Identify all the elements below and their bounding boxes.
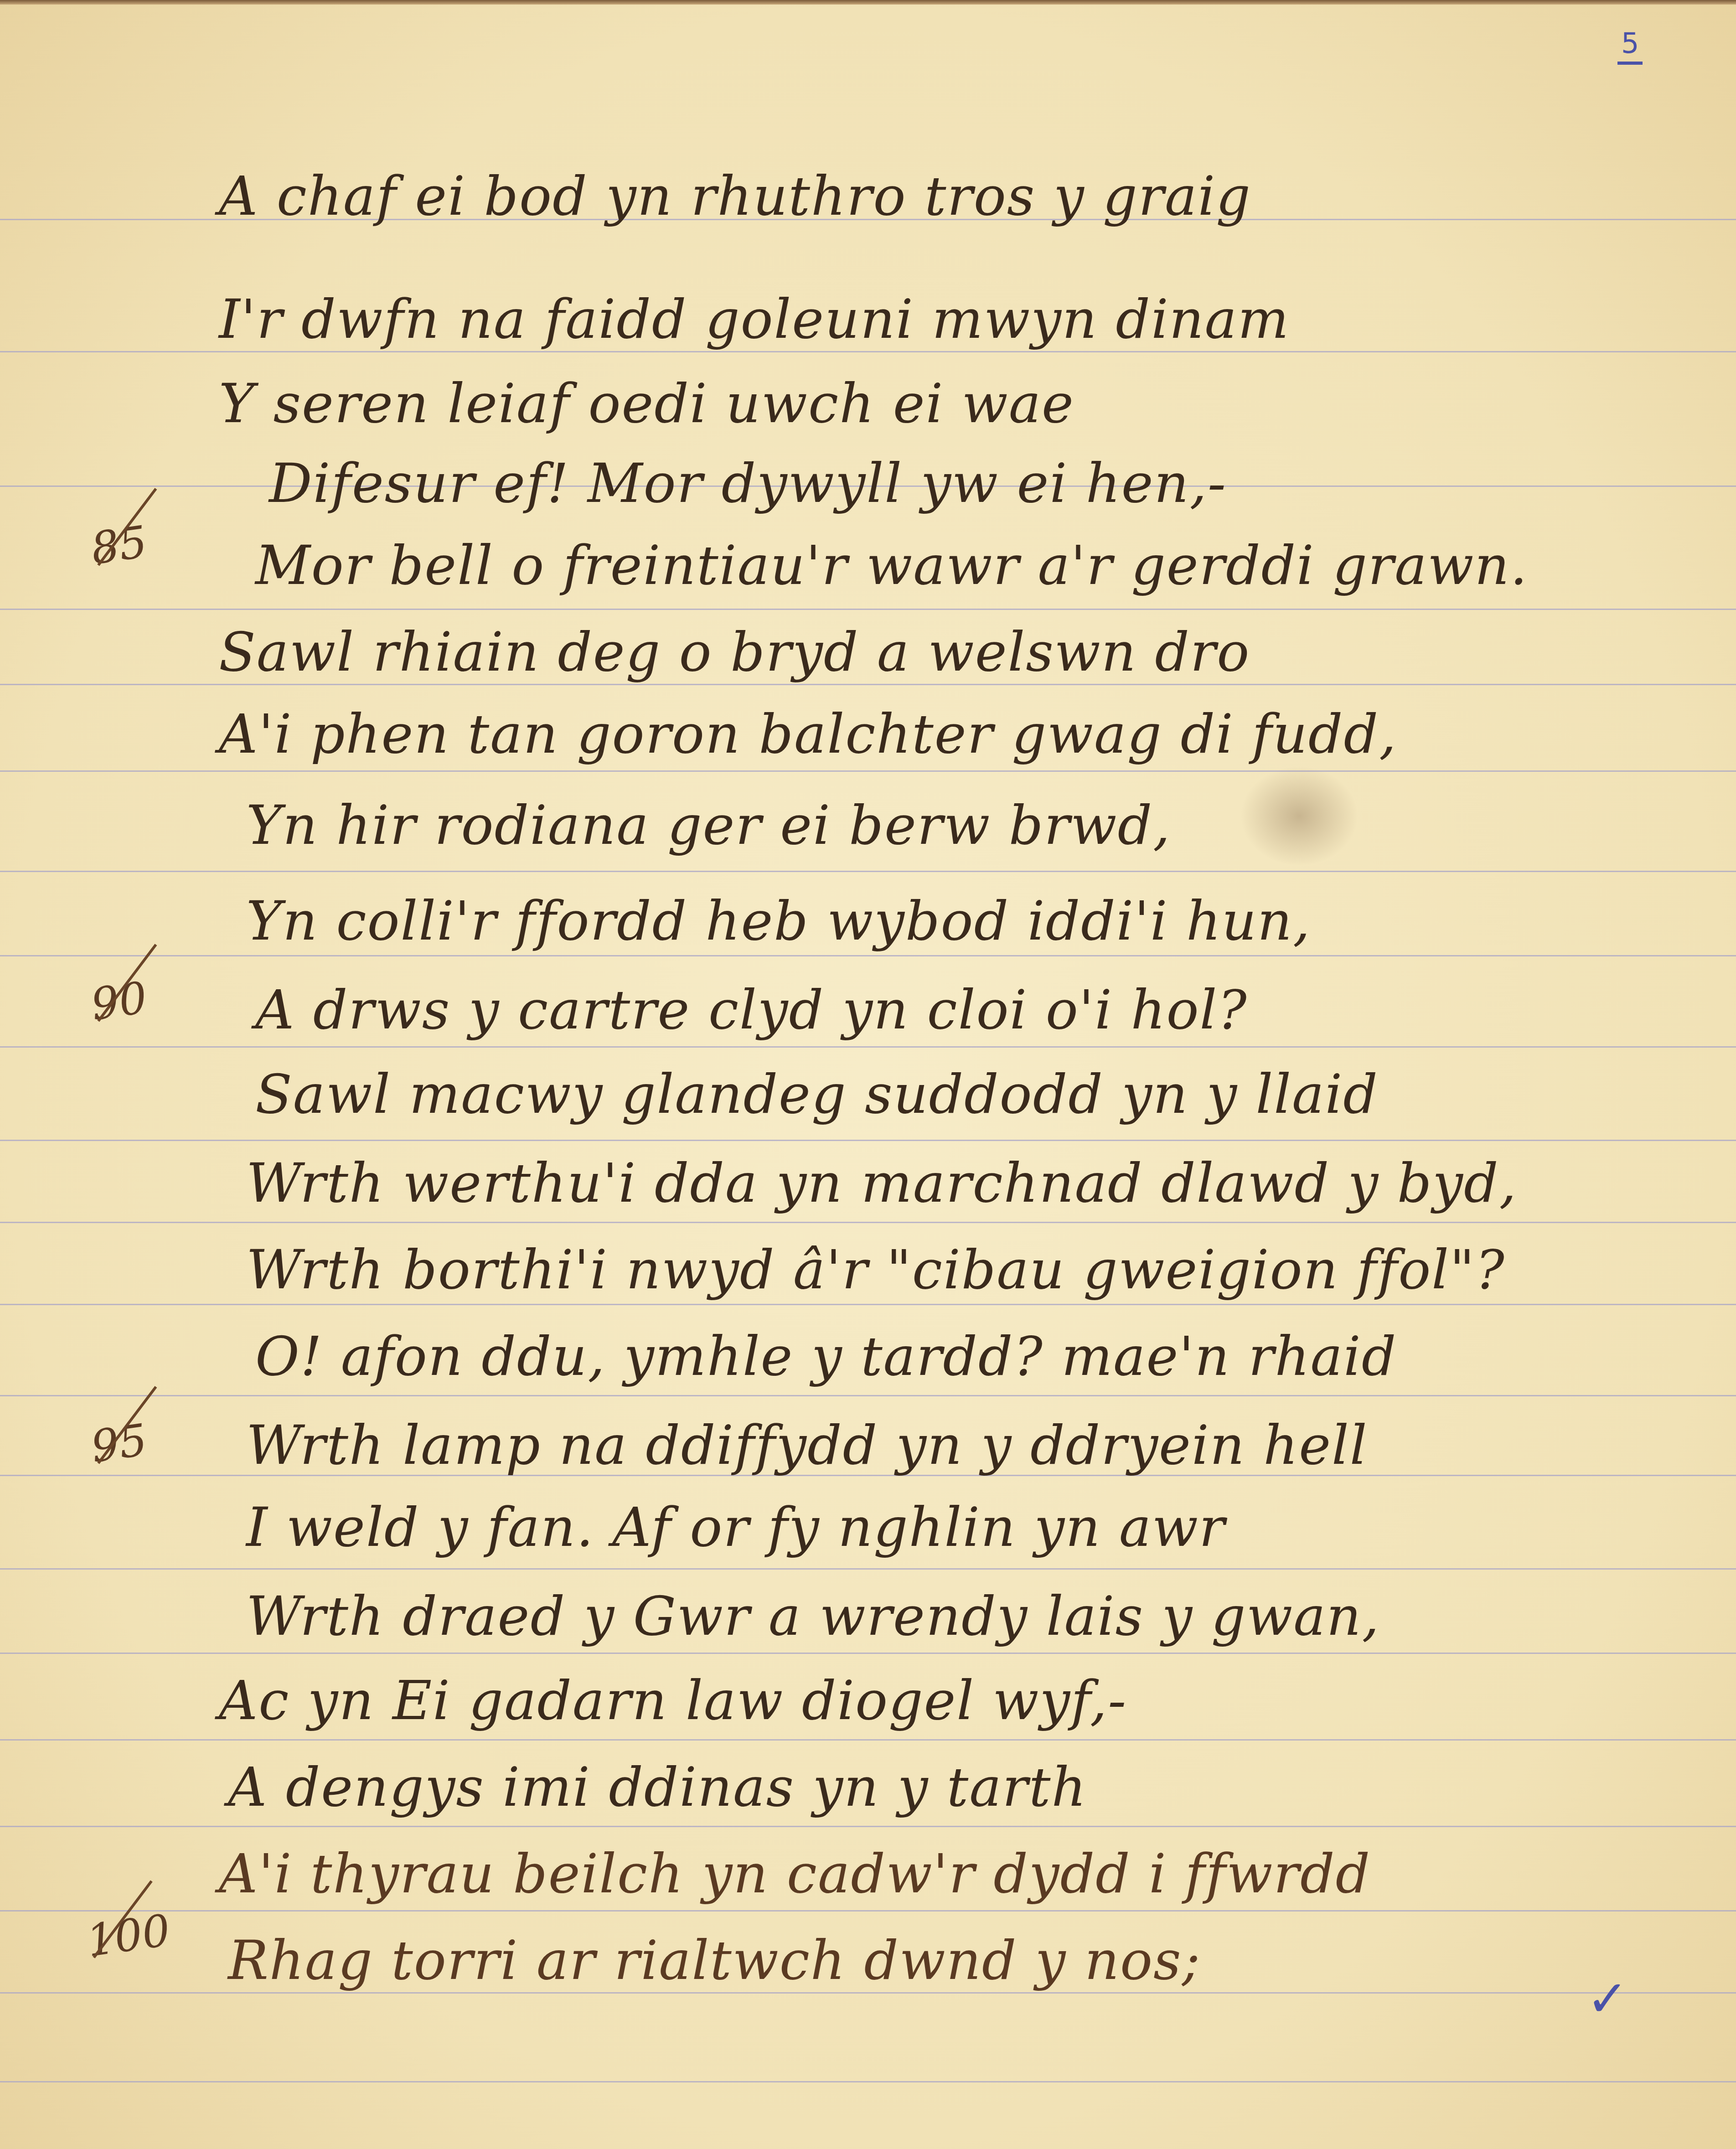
ink-stain <box>1240 766 1359 866</box>
verse-line: A chaf ei bod yn rhuthro tros y graig <box>219 164 1251 228</box>
verse-line: I weld y fan. Af or fy nghlin yn awr <box>246 1495 1226 1559</box>
ruled-line <box>0 1222 1736 1223</box>
verse-line: Wrth lamp na ddiffydd yn y ddryein hell <box>246 1413 1368 1477</box>
ruled-line <box>0 1910 1736 1911</box>
verse-line: A dengys imi ddinas yn y tarth <box>228 1755 1087 1819</box>
margin-line-number: 95 <box>88 1414 150 1472</box>
ruled-line <box>0 770 1736 772</box>
ruled-line <box>0 2081 1736 2082</box>
ruled-line <box>0 684 1736 685</box>
ruled-line <box>0 1568 1736 1570</box>
torn-top-edge <box>0 0 1736 5</box>
verse-line: Difesur ef! Mor dywyll yw ei hen,- <box>269 451 1227 515</box>
verse-line: Wrth werthu'i dda yn marchnad dlawd y by… <box>246 1151 1517 1215</box>
ruled-line <box>0 1395 1736 1396</box>
margin-line-number: 90 <box>88 972 150 1030</box>
verse-line: Y seren leiaf oedi uwch ei wae <box>219 372 1075 435</box>
ruled-line <box>0 1304 1736 1305</box>
margin-line-number: 85 <box>88 516 150 574</box>
margin-line-number: 100 <box>83 1905 173 1967</box>
verse-line: Yn hir rodiana ger ei berw brwd, <box>246 793 1171 857</box>
verse-line: Sawl macwy glandeg suddodd yn y llaid <box>255 1062 1379 1126</box>
ruled-line <box>0 1046 1736 1048</box>
page-number: 5 <box>1617 25 1643 65</box>
ruled-line <box>0 1992 1736 1994</box>
verse-line: Yn colli'r ffordd heb wybod iddi'i hun, <box>246 889 1311 953</box>
verse-line: Mor bell o freintiau'r wawr a'r gerddi g… <box>255 533 1528 597</box>
verse-line: I'r dwfn na faidd goleuni mwyn dinam <box>219 287 1290 351</box>
ruled-line <box>0 1826 1736 1827</box>
verse-line: Rhag torri ar rialtwch dwnd y nos; <box>228 1928 1201 1992</box>
verse-line: A'i thyrau beilch yn cadw'r dydd i ffwrd… <box>219 1842 1371 1906</box>
checkmark-icon: ✓ <box>1586 1969 1628 2028</box>
verse-line: Sawl rhiain deg o bryd a welswn dro <box>219 620 1250 684</box>
ruled-line <box>0 609 1736 610</box>
ruled-line <box>0 955 1736 956</box>
verse-line: A drws y cartre clyd yn cloi o'i hol? <box>255 978 1248 1042</box>
ruled-line <box>0 871 1736 872</box>
verse-line: O! afon ddu, ymhle y tardd? mae'n rhaid <box>255 1324 1397 1388</box>
ruled-line <box>0 1140 1736 1141</box>
verse-line: A'i phen tan goron balchter gwag di fudd… <box>219 702 1397 766</box>
verse-line: Wrth draed y Gwr a wrendy lais y gwan, <box>246 1584 1380 1648</box>
ruled-line <box>0 1653 1736 1654</box>
manuscript-page: 5 85 90 95 100 A chaf ei bod yn rhuthro … <box>0 0 1736 2149</box>
ruled-line <box>0 351 1736 352</box>
ruled-line <box>0 1739 1736 1741</box>
verse-line: Ac yn Ei gadarn law diogel wyf,- <box>219 1669 1127 1732</box>
verse-line: Wrth borthi'i nwyd â'r "cibau gweigion f… <box>246 1238 1505 1302</box>
